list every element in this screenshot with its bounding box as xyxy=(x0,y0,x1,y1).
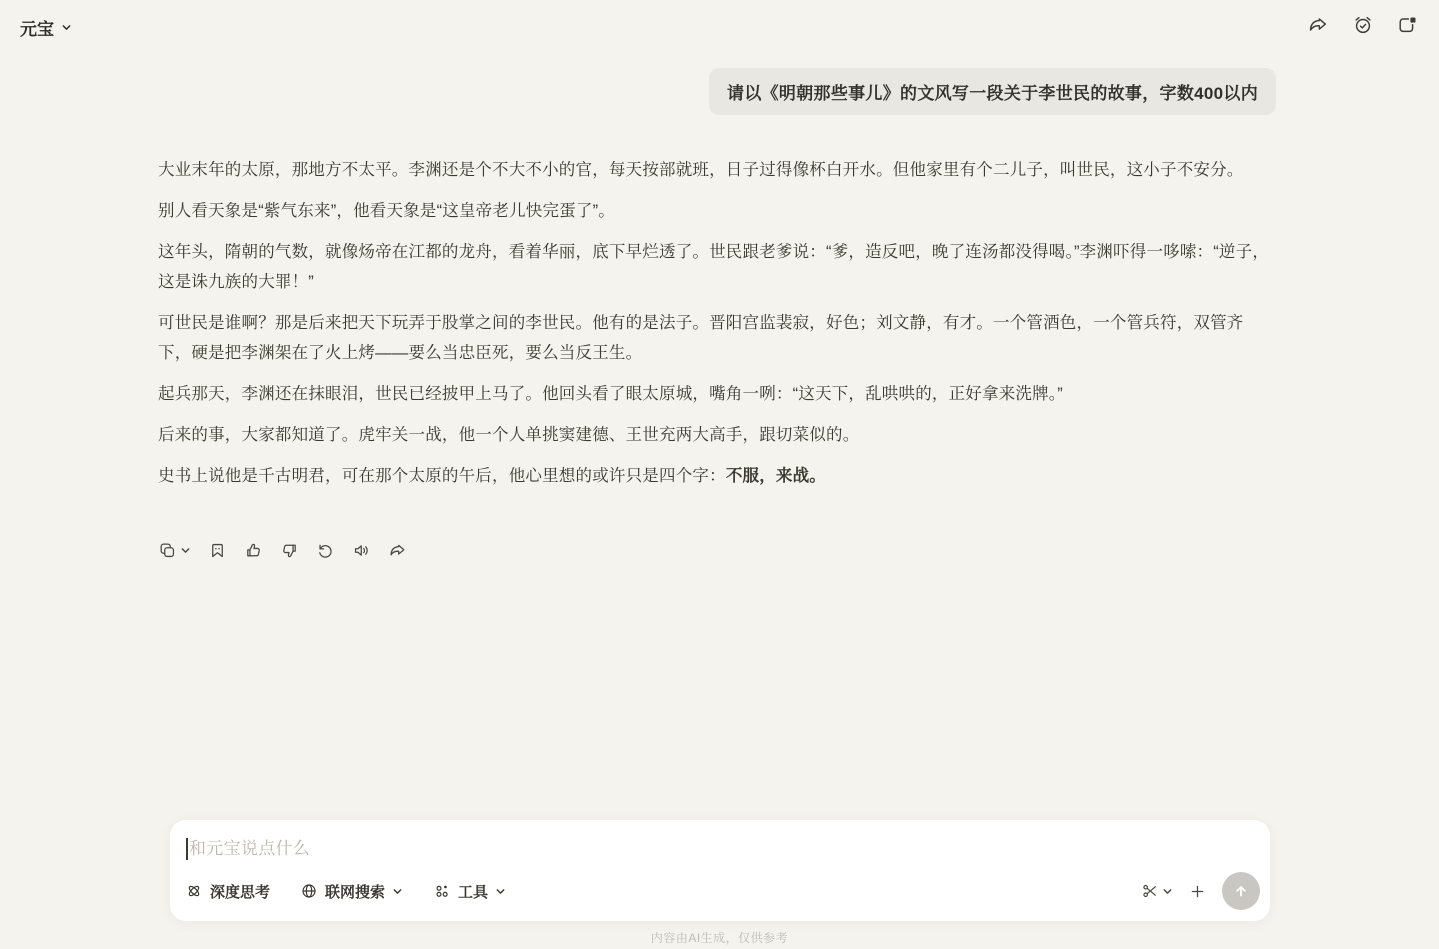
composer-tools-left: 深度思考 联网搜索 xyxy=(185,881,506,902)
panel-icon xyxy=(1397,14,1419,36)
chevron-down-icon xyxy=(61,22,72,33)
regenerate-button[interactable] xyxy=(316,541,335,560)
add-button[interactable] xyxy=(1188,882,1207,901)
header-actions xyxy=(1307,14,1419,36)
chevron-down-icon xyxy=(392,886,403,897)
read-aloud-button[interactable] xyxy=(352,541,371,560)
panel-button[interactable] xyxy=(1397,14,1419,36)
message-input[interactable] xyxy=(189,839,1250,859)
composer-input-row xyxy=(186,834,1250,864)
bookmark-button[interactable] xyxy=(208,541,227,560)
answer-action-bar xyxy=(158,541,407,560)
thumbs-down-icon xyxy=(280,541,299,560)
plus-icon xyxy=(1188,882,1207,901)
assistant-answer: 大业末年的太原，那地方不太平。李渊还是个不大不小的官，每天按部就班，日子过得像杯… xyxy=(158,155,1272,502)
send-button[interactable] xyxy=(1222,872,1260,910)
bookmark-icon xyxy=(208,541,227,560)
answer-paragraph: 别人看天象是“紫气东来”，他看天象是“这皇帝老儿快完蛋了”。 xyxy=(158,196,1272,226)
answer-emphasis: 不服，来战。 xyxy=(726,467,826,485)
text-caret xyxy=(186,838,188,860)
answer-paragraph: 大业末年的太原，那地方不太平。李渊还是个不大不小的官，每天按部就班，日子过得像杯… xyxy=(158,155,1272,185)
app-menu[interactable]: 元宝 xyxy=(20,15,72,40)
answer-paragraph: 可世民是谁啊？那是后来把天下玩弄于股掌之间的李世民。他有的是法子。晋阳宫监裴寂，… xyxy=(158,308,1272,368)
copy-icon xyxy=(158,541,177,560)
answer-paragraph: 起兵那天，李渊还在抹眼泪，世民已经披甲上马了。他回头看了眼太原城，嘴角一咧：“这… xyxy=(158,379,1272,409)
share-icon xyxy=(1307,14,1329,36)
ai-disclaimer: 内容由AI生成，仅供参考 xyxy=(0,929,1439,946)
user-message-row: 请以《明朝那些事儿》的文风写一段关于李世民的故事，字数400以内 xyxy=(158,68,1276,115)
deep-think-label: 深度思考 xyxy=(210,881,270,902)
chevron-down-icon xyxy=(180,545,191,556)
deep-think-button[interactable]: 深度思考 xyxy=(185,881,270,902)
deep-think-icon xyxy=(185,882,203,900)
answer-paragraph: 史书上说他是千古明君，可在那个太原的午后，他心里想的或许只是四个字：不服，来战。 xyxy=(158,461,1272,491)
composer-tools-right xyxy=(1141,872,1260,910)
share-answer-button[interactable] xyxy=(388,541,407,560)
composer: 深度思考 联网搜索 xyxy=(170,820,1270,921)
web-search-button[interactable]: 联网搜索 xyxy=(300,881,403,902)
alarm-check-icon xyxy=(1352,14,1374,36)
web-search-label: 联网搜索 xyxy=(325,881,385,902)
arrow-up-icon xyxy=(1231,881,1251,901)
tools-label: 工具 xyxy=(458,881,488,902)
regenerate-icon xyxy=(316,541,335,560)
app-title: 元宝 xyxy=(20,15,54,40)
apps-icon xyxy=(433,882,451,900)
answer-paragraph: 这年头，隋朝的气数，就像炀帝在江都的龙舟，看着华丽，底下早烂透了。世民跟老爹说：… xyxy=(158,237,1272,297)
copy-button[interactable] xyxy=(158,541,191,560)
clip-button[interactable] xyxy=(1141,882,1173,900)
chevron-down-icon xyxy=(1162,886,1173,897)
thumbs-up-icon xyxy=(244,541,263,560)
dislike-button[interactable] xyxy=(280,541,299,560)
tools-button[interactable]: 工具 xyxy=(433,881,506,902)
share-button[interactable] xyxy=(1307,14,1329,36)
composer-toolbar: 深度思考 联网搜索 xyxy=(185,872,1260,910)
answer-paragraph: 后来的事，大家都知道了。虎牢关一战，他一个人单挑窦建德、王世充两大高手，跟切菜似… xyxy=(158,420,1272,450)
like-button[interactable] xyxy=(244,541,263,560)
chevron-down-icon xyxy=(495,886,506,897)
globe-icon xyxy=(300,882,318,900)
share-icon xyxy=(388,541,407,560)
schedule-button[interactable] xyxy=(1352,14,1374,36)
user-message-bubble: 请以《明朝那些事儿》的文风写一段关于李世民的故事，字数400以内 xyxy=(709,68,1276,115)
user-message-text: 请以《明朝那些事儿》的文风写一段关于李世民的故事，字数400以内 xyxy=(727,84,1258,103)
speaker-icon xyxy=(352,541,371,560)
scissors-icon xyxy=(1141,882,1159,900)
